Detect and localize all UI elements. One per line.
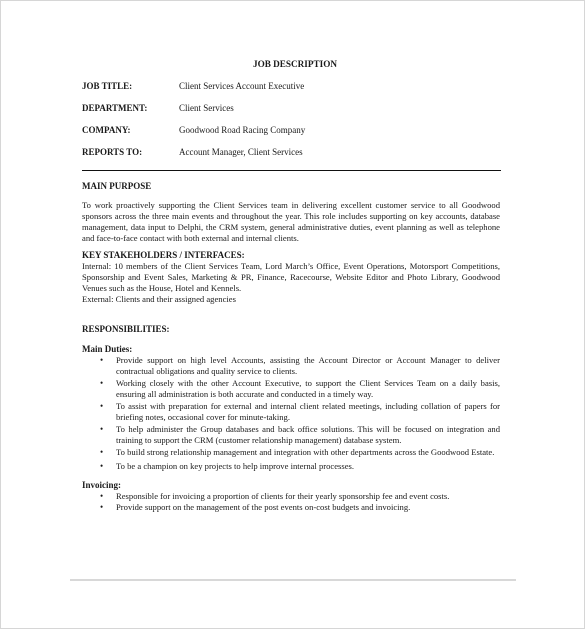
- list-item: •To assist with preparation for external…: [82, 401, 500, 423]
- document-content: JOB DESCRIPTION JOB TITLE: Client Servic…: [82, 59, 500, 513]
- list-item-text: Working closely with the other Account E…: [116, 378, 500, 399]
- info-value: Goodwood Road Racing Company: [179, 125, 500, 136]
- info-label: DEPARTMENT:: [82, 103, 179, 114]
- list-item: •To build strong relationship management…: [82, 447, 500, 458]
- bullet-icon: •: [100, 447, 103, 458]
- main-purpose-heading: MAIN PURPOSE: [82, 181, 500, 192]
- main-duties-heading: Main Duties:: [82, 344, 500, 355]
- list-item: •To help administer the Group databases …: [82, 424, 500, 446]
- list-item-text: To be a champion on key projects to help…: [116, 461, 354, 471]
- info-value: Account Manager, Client Services: [179, 147, 500, 158]
- invoicing-list: •Responsible for invoicing a proportion …: [82, 491, 500, 513]
- bullet-icon: •: [100, 355, 103, 366]
- bullet-icon: •: [100, 461, 103, 472]
- list-item: •Working closely with the other Account …: [82, 378, 500, 400]
- info-row-department: DEPARTMENT: Client Services: [82, 103, 500, 125]
- stakeholders-internal: Internal: 10 members of the Client Servi…: [82, 261, 500, 294]
- stakeholders-external: External: Clients and their assigned age…: [82, 294, 500, 305]
- responsibilities-heading: RESPONSIBILITIES:: [82, 324, 500, 335]
- list-item-text: To build strong relationship management …: [116, 447, 494, 457]
- info-value: Client Services Account Executive: [179, 81, 500, 92]
- list-item-text: To help administer the Group databases a…: [116, 424, 500, 445]
- list-item: •Provide support on the management of th…: [82, 502, 500, 513]
- list-item-text: Provide support on the management of the…: [116, 502, 410, 512]
- info-row-company: COMPANY: Goodwood Road Racing Company: [82, 125, 500, 147]
- bullet-icon: •: [100, 491, 103, 502]
- main-purpose-text: To work proactively supporting the Clien…: [82, 200, 500, 244]
- info-value: Client Services: [179, 103, 500, 114]
- document-page: JOB DESCRIPTION JOB TITLE: Client Servic…: [0, 0, 585, 629]
- main-duties-list: •Provide support on high level Accounts,…: [82, 355, 500, 472]
- list-item-text: To assist with preparation for external …: [116, 401, 500, 422]
- list-item: •Responsible for invoicing a proportion …: [82, 491, 500, 502]
- list-item-text: Provide support on high level Accounts, …: [116, 355, 500, 376]
- info-label: JOB TITLE:: [82, 81, 179, 92]
- section-divider: [82, 170, 501, 171]
- bullet-icon: •: [100, 401, 103, 412]
- invoicing-heading: Invoicing:: [82, 480, 500, 491]
- list-item-text: Responsible for invoicing a proportion o…: [116, 491, 449, 501]
- info-row-job-title: JOB TITLE: Client Services Account Execu…: [82, 81, 500, 103]
- list-item: •To be a champion on key projects to hel…: [82, 461, 500, 472]
- bullet-icon: •: [100, 378, 103, 389]
- info-label: COMPANY:: [82, 125, 179, 136]
- list-item: •Provide support on high level Accounts,…: [82, 355, 500, 377]
- footer-divider: [70, 579, 516, 581]
- stakeholders-heading: KEY STAKEHOLDERS / INTERFACES:: [82, 250, 500, 261]
- info-label: REPORTS TO:: [82, 147, 179, 158]
- bullet-icon: •: [100, 424, 103, 435]
- bullet-icon: •: [100, 502, 103, 513]
- info-row-reports-to: REPORTS TO: Account Manager, Client Serv…: [82, 147, 500, 169]
- document-title: JOB DESCRIPTION: [82, 59, 500, 70]
